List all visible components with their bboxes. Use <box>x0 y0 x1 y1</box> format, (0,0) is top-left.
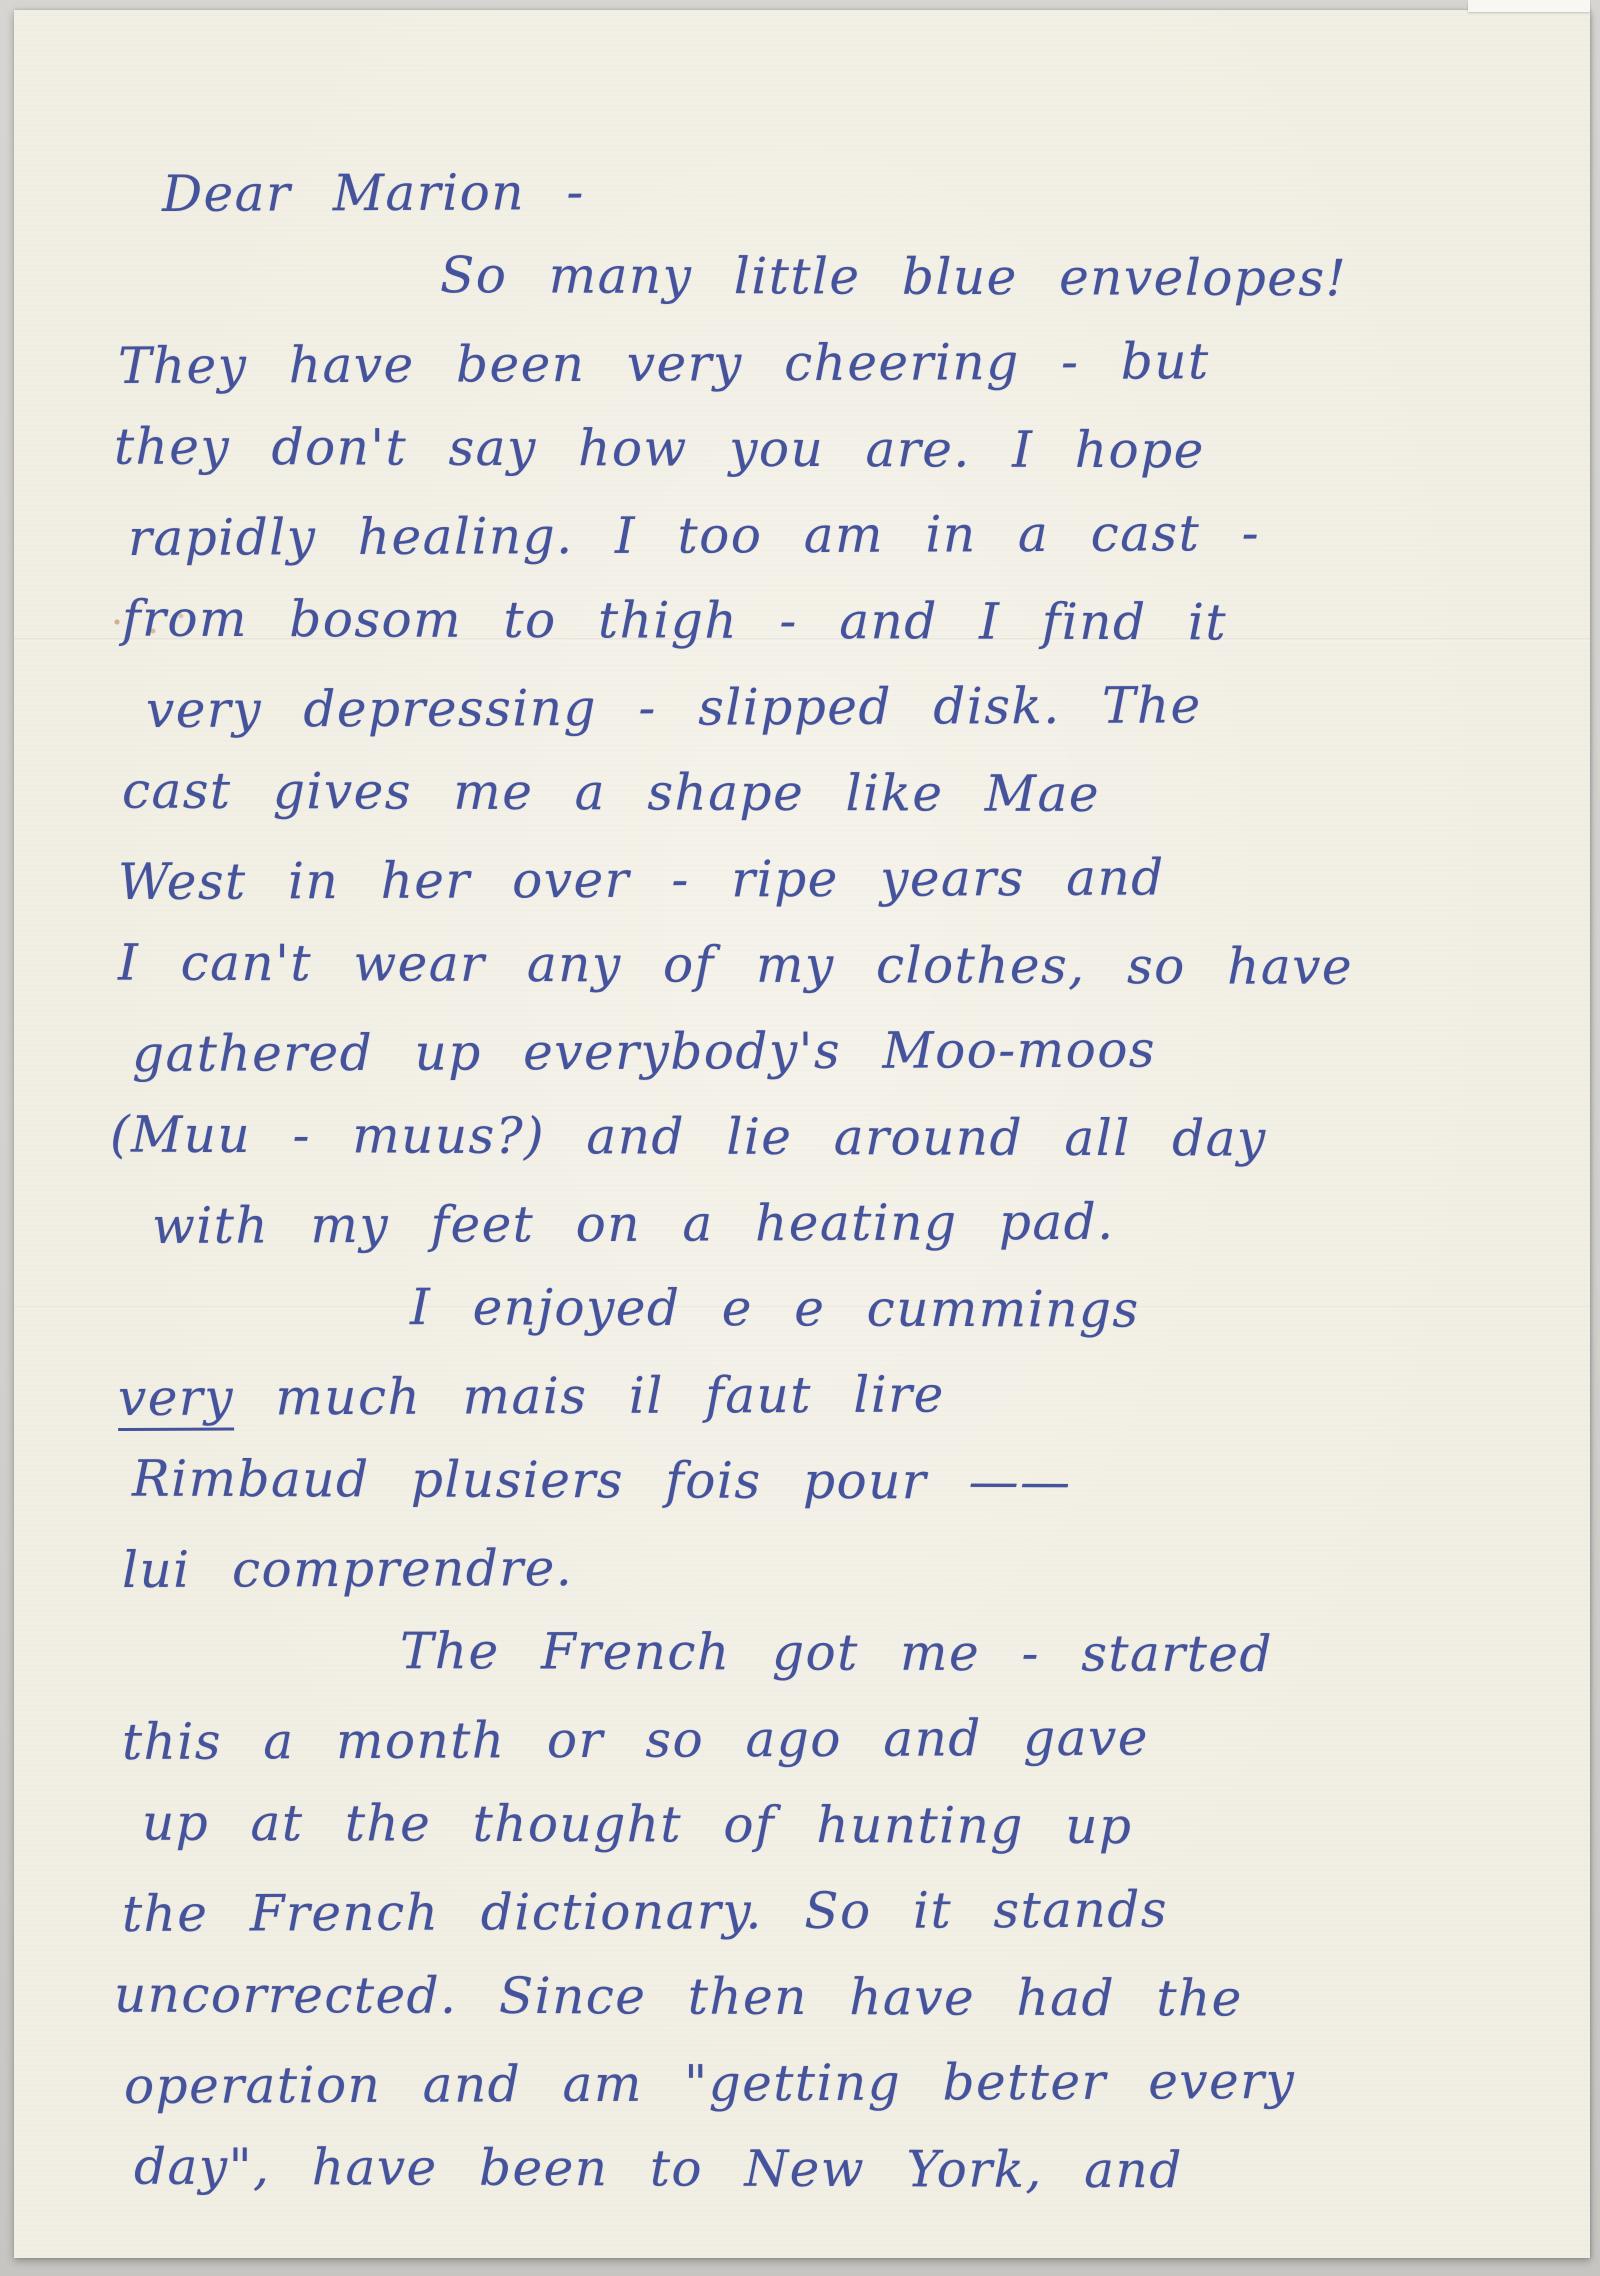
letter-body: Dear Marion - So many little blue envelo… <box>110 148 1510 2212</box>
letter-line: lui comprendre. <box>122 1521 1510 1613</box>
letter-line: day", have been to New York, and <box>134 2124 1510 2215</box>
letter-line: very depressing - slipped disk. The <box>146 661 1510 753</box>
letter-line: from bosom to thigh - and I find it <box>122 576 1510 667</box>
letter-line: operation and am "getting better every <box>124 2037 1510 2129</box>
letter-line: Rimbaud plusiers fois pour —— <box>132 1436 1510 1527</box>
letter-line: the French dictionary. So it stands <box>122 1865 1510 1957</box>
letter-line: up at the thought of hunting up <box>142 1780 1510 1871</box>
letter-line: uncorrected. Since then have had the <box>114 1952 1510 2043</box>
letter-line-salutation: Dear Marion - <box>162 145 1510 237</box>
letter-line: this a month or so ago and gave <box>122 1693 1510 1785</box>
letter-line: I enjoyed e e cummings <box>410 1264 1510 1354</box>
letter-line: rapidly healing. I too am in a cast - <box>128 489 1510 581</box>
letter-line: I can't wear any of my clothes, so have <box>118 920 1510 1011</box>
letter-line: They have been very cheering - but <box>118 317 1510 409</box>
adjacent-page-edge <box>1468 0 1590 12</box>
letter-line: (Muu - muus?) and lie around all day <box>110 1092 1510 1183</box>
letter-line: with my feet on a heating pad. <box>152 1177 1510 1269</box>
letter-line: they don't say how you are. I hope <box>114 404 1510 495</box>
letter-line: So many little blue envelopes! <box>440 232 1510 322</box>
letter-line: The French got me - started <box>400 1608 1510 1698</box>
letter-line: very much mais il faut lire <box>118 1349 1510 1441</box>
letter-line: cast gives me a shape like Mae <box>122 748 1510 839</box>
underlined-word: very <box>118 1369 234 1432</box>
letter-line-rest: much mais il faut lire <box>234 1365 945 1426</box>
letter-line: West in her over - ripe years and <box>118 833 1510 925</box>
letter-line: gathered up everybody's Moo-moos <box>132 1005 1510 1097</box>
